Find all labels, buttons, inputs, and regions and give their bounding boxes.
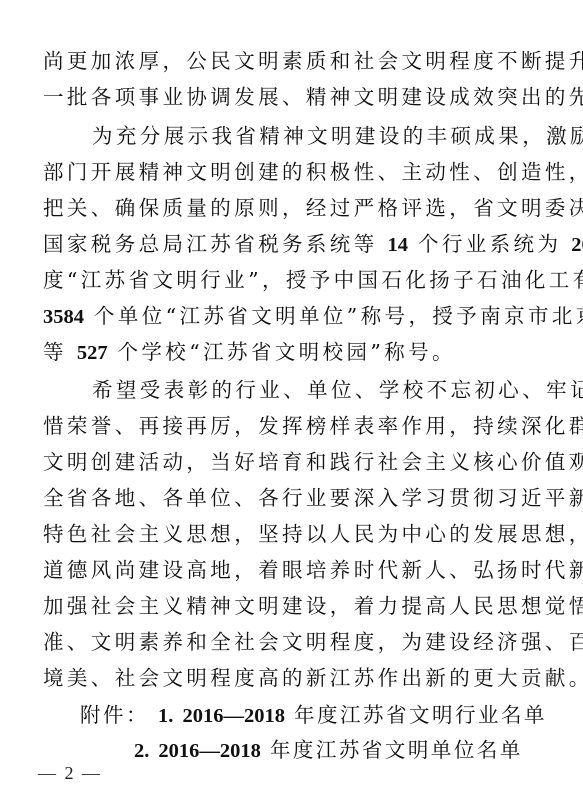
text-line: 惜荣誉、再接再厉，发挥榜样表率作用，持续深化群众性精神 (43, 411, 543, 441)
document-page: 尚更加浓厚，公民文明素质和社会文明程度不断提升，涌现出 一批各项事业协调发展、精… (0, 0, 583, 803)
text-line: 准、文明素养和全社会文明程度，为建设经济强、百姓富、环 (43, 627, 543, 657)
attachment-2: 2. 2016—2018 年度江苏省文明单位名单 (134, 735, 523, 766)
text-line: 等 527 个学校“江苏省文明校园”称号。 (43, 337, 543, 367)
text-line: 文明创建活动，当好培育和践行社会主义核心价值观的排头兵。 (43, 447, 543, 477)
text-line: 特色社会主义思想，坚持以人民为中心的发展思想，围绕构筑 (43, 519, 543, 549)
year-range: 2016-2018 (571, 234, 583, 256)
text-line: 把关、确保质量的原则，经过严格评选，省文明委决定，命名 (43, 193, 543, 223)
text-line: 3584 个单位“江苏省文明单位”称号，授予南京市北京东路小学 (43, 301, 543, 331)
text-line: 国家税务总局江苏省税务系统等 14 个行业系统为 2016-2018 年 (43, 229, 543, 259)
text-line: 境美、社会文明程度高的新江苏作出新的更大贡献。 (43, 663, 543, 693)
text-line: 加强社会主义精神文明建设，着力提高人民思想觉悟、道德水 (43, 591, 543, 621)
text-line: 道德风尚建设高地，着眼培养时代新人、弘扬时代新风，不断 (43, 555, 543, 585)
count-527: 527 (77, 342, 108, 364)
count-14: 14 (388, 234, 409, 256)
text-line: 部门开展精神文明创建的积极性、主动性、创造性，按照从严 (43, 157, 543, 187)
text-line: 度“江苏省文明行业”，授予中国石化扬子石油化工有限公司等 (43, 265, 543, 295)
text-line: 尚更加浓厚，公民文明素质和社会文明程度不断提升，涌现出 (43, 46, 543, 76)
attachment-label: 附件： (80, 703, 149, 727)
count-3584: 3584 (43, 306, 84, 328)
text-line: 一批各项事业协调发展、精神文明建设成效突出的先进典型。 (43, 82, 543, 112)
page-number: — 2 — (38, 763, 102, 784)
attachment-1: 附件： 1. 2016—2018 年度江苏省文明行业名单 (80, 700, 547, 731)
text-line: 希望受表彰的行业、单位、学校不忘初心、牢记使命，珍 (92, 375, 544, 405)
text-line: 为充分展示我省精神文明建设的丰硕成果，激励各地区各 (92, 121, 544, 151)
text-line: 全省各地、各单位、各行业要深入学习贯彻习近平新时代中国 (43, 483, 543, 513)
